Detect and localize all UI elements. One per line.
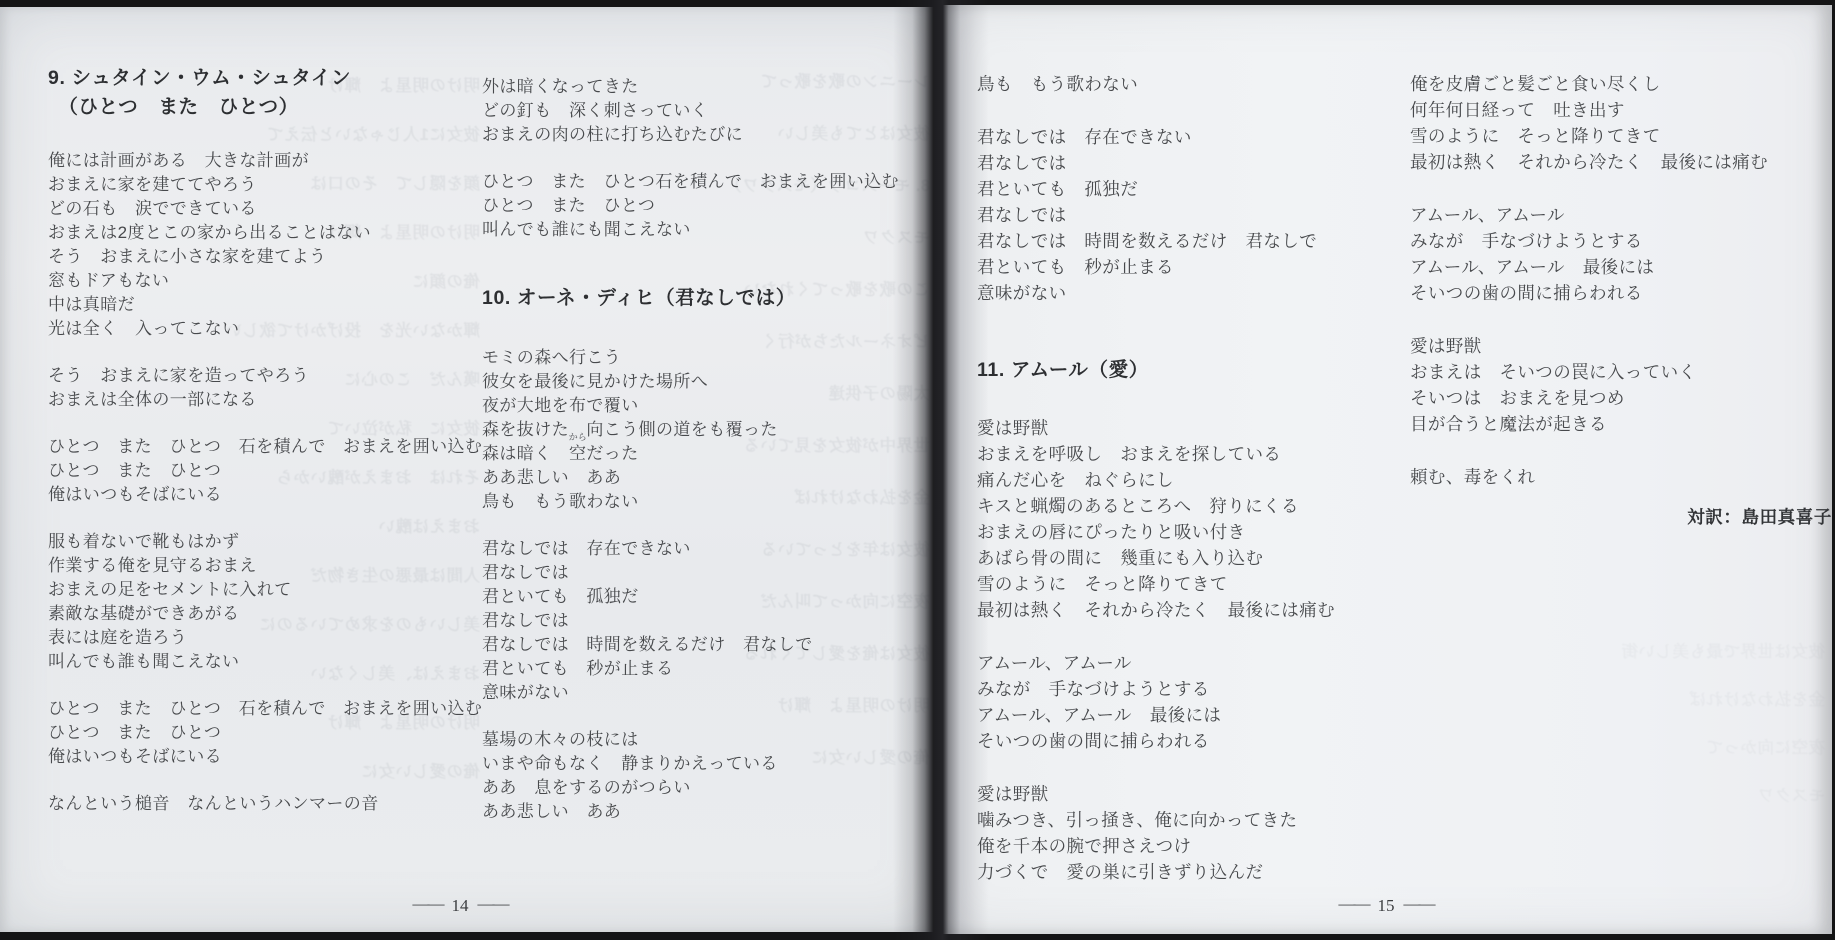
lyric-line: 素敵な基礎ができあがる xyxy=(48,602,498,626)
song-title: 9. シュタイン・ウム・シュタイン （ひとつ また ひとつ） xyxy=(48,64,498,122)
lyric-line: 君なしでは 存在できない xyxy=(482,537,937,561)
lyric-line: 君といても 孤独だ xyxy=(977,176,1409,202)
ruby-base: から空 xyxy=(569,442,586,466)
lyric-line: ああ 息をするのがつらい xyxy=(482,776,937,800)
bleedthrough-line: 彼女は世界で最も美しい街 xyxy=(1495,628,1825,676)
page-number-value: 14 xyxy=(452,896,469,915)
lyric-line: ひとつ また ひとつ 石を積んで おまえを囲い込む xyxy=(48,697,498,721)
lyric-line: ひとつ また ひとつ 石を積んで おまえを囲い込む xyxy=(48,435,498,459)
lyric-line: おまえの唇にぴったりと吸い付き xyxy=(977,519,1409,545)
song-title-line: 9. シュタイン・ウム・シュタイン xyxy=(48,64,498,93)
lyric-line: 鳥も もう歌わない xyxy=(977,71,1409,97)
lyric-line: 頼む、毒をくれ xyxy=(1410,464,1832,490)
lyric-line: 君といても 秒が止まる xyxy=(977,254,1409,280)
lyric-line: 君なしでは xyxy=(977,202,1409,228)
lyric-line: そいつの歯の間に捕らわれる xyxy=(1410,280,1832,306)
stanza: 俺には計画がある 大きな計画がおまえに家を建ててやろうどの石も 涙でできているお… xyxy=(48,149,498,341)
bleedthrough-line: 夜空に向かって xyxy=(1495,724,1825,772)
stanza: 外は暗くなってきたどの釘も 深く刺さっていくおまえの肉の柱に打ち込むたびに xyxy=(482,75,937,147)
lyric-line: おまえに家を建ててやろう xyxy=(48,173,498,197)
lyric-line: 目が合うと魔法が起きる xyxy=(1410,411,1832,437)
stanza: アムール、アムールみなが 手なづけようとするアムール、アムール 最後にはそいつの… xyxy=(977,650,1409,754)
page-number-dash: ―― xyxy=(1404,894,1434,913)
lyric-line: そいつは おまえを見つめ xyxy=(1410,385,1832,411)
lyric-line: 鳥も もう歌わない xyxy=(482,490,937,514)
lyric-line: 窓もドアもない xyxy=(48,269,498,293)
stanza: モミの森へ行こう彼女を最後に見かけた場所へ夜が大地を布で覆い森を抜けた 向こう側… xyxy=(482,346,937,514)
lyric-line: 君なしでは 時間を数えるだけ 君なしで xyxy=(977,228,1409,254)
lyric-line: キスと蝋燭のあるところへ 狩りにくる xyxy=(977,493,1409,519)
lyric-line: いまや命もなく 静まりかえっている xyxy=(482,752,937,776)
stanza: 墓場の木々の枝にはいまや命もなく 静まりかえっているああ 息をするのがつらいああ… xyxy=(482,728,937,824)
page-number-dash: ―― xyxy=(478,894,508,913)
lyric-line: 最初は熱く それから冷たく 最後には痛む xyxy=(977,597,1409,623)
stanza: 君なしでは 存在できない君なしでは君といても 孤独だ君なしでは君なしでは 時間を… xyxy=(482,537,937,705)
song-title-line: 11. アムール（愛） xyxy=(977,356,1409,385)
stanza: 頼む、毒をくれ xyxy=(1410,464,1832,490)
lyric-line: どの石も 涙でできている xyxy=(48,197,498,221)
lyric-line: そう おまえに家を造ってやろう xyxy=(48,364,498,388)
lyric-line: ひとつ また ひとつ石を積んで おまえを囲い込む xyxy=(482,170,937,194)
lyric-line: みなが 手なづけようとする xyxy=(1410,228,1832,254)
lyric-line: 力づくで 愛の巣に引きずり込んだ xyxy=(977,859,1409,885)
lyric-line: アムール、アムール 最後には xyxy=(1410,254,1832,280)
bleedthrough-line: モスクワ xyxy=(1495,772,1825,820)
lyric-line: 雪のように そっと降りてきて xyxy=(1410,123,1832,149)
page-number-left: ――14―― xyxy=(380,896,540,916)
lyric-line: 彼女を最後に見かけた場所へ xyxy=(482,370,937,394)
lyric-line: アムール、アムール xyxy=(1410,202,1832,228)
lyric-line: 俺はいつもそばにいる xyxy=(48,483,498,507)
lyric-line: 俺には計画がある 大きな計画が xyxy=(48,149,498,173)
lyric-line: 痛んだ心を ねぐらにし xyxy=(977,467,1409,493)
lyric-line: 君といても 秒が止まる xyxy=(482,657,937,681)
bleedthrough-line: 金を払わなければ xyxy=(1495,676,1825,724)
lyric-line: そいつの歯の間に捕らわれる xyxy=(977,728,1409,754)
lyric-line: 愛は野獣 xyxy=(977,415,1409,441)
lyric-line: そう おまえに小さな家を建てよう xyxy=(48,245,498,269)
lyric-line: 君といても 孤独だ xyxy=(482,585,937,609)
lyric-line: 意味がない xyxy=(482,681,937,705)
lyric-line: 叫んでも誰にも聞こえない xyxy=(482,218,937,242)
stanza: 俺を皮膚ごと髪ごと食い尽くし何年何日経って 吐き出す雪のように そっと降りてきて… xyxy=(1410,71,1832,175)
lyric-line: 光は全く 入ってこない xyxy=(48,317,498,341)
lyric-line: あばら骨の間に 幾重にも入り込む xyxy=(977,545,1409,571)
lyric-line: おまえを呼吸し おまえを探している xyxy=(977,441,1409,467)
ruby-text: から xyxy=(569,432,587,442)
right-page-column-2: 俺を皮膚ごと髪ごと食い尽くし何年何日経って 吐き出す雪のように そっと降りてきて… xyxy=(1410,71,1832,517)
lyric-line: ああ悲しい ああ xyxy=(482,466,937,490)
stanza: 愛は野獣おまえを呼吸し おまえを探している痛んだ心を ねぐらにしキスと蝋燭のある… xyxy=(977,415,1409,623)
lyric-line: おまえの足をセメントに入れて xyxy=(48,578,498,602)
lyric-line: 森は暗く から空だった xyxy=(482,442,937,466)
lyric-line: 最初は熱く それから冷たく 最後には痛む xyxy=(1410,149,1832,175)
lyric-line: 君なしでは xyxy=(977,150,1409,176)
lyric-line: 愛は野獣 xyxy=(1410,333,1832,359)
lyric-line: 何年何日経って 吐き出す xyxy=(1410,97,1832,123)
left-page-column-2: 外は暗くなってきたどの釘も 深く刺さっていくおまえの肉の柱に打ち込むたびにひとつ… xyxy=(482,75,937,847)
song-title: 11. アムール（愛） xyxy=(977,356,1409,385)
song-title-line: （ひとつ また ひとつ） xyxy=(48,93,498,122)
stanza: 鳥も もう歌わない xyxy=(977,71,1409,97)
stanza: ひとつ また ひとつ 石を積んで おまえを囲い込むひとつ また ひとつ俺はいつも… xyxy=(48,435,498,507)
lyric-line: 叫んでも誰も聞こえない xyxy=(48,650,498,674)
bleedthrough-text: 彼女は世界で最も美しい街金を払わなければ夜空に向かってモスクワ xyxy=(1495,628,1825,820)
lyric-line: ひとつ また ひとつ xyxy=(482,194,937,218)
lyric-line: 表には庭を造ろう xyxy=(48,626,498,650)
stanza: ひとつ また ひとつ石を積んで おまえを囲い込むひとつ また ひとつ叫んでも誰に… xyxy=(482,170,937,242)
lyric-line: 中は真暗だ xyxy=(48,293,498,317)
lyric-line: 愛は野獣 xyxy=(977,781,1409,807)
page-number-dash: ―― xyxy=(413,894,443,913)
lyric-line: 俺はいつもそばにいる xyxy=(48,745,498,769)
lyric-line: 夜が大地を布で覆い xyxy=(482,394,937,418)
lyric-line: おまえは そいつの罠に入っていく xyxy=(1410,359,1832,385)
lyric-line: なんという槌音 なんというハンマーの音 xyxy=(48,792,498,816)
lyric-line: 墓場の木々の枝には xyxy=(482,728,937,752)
lyric-line: おまえは2度とこの家から出ることはない xyxy=(48,221,498,245)
lyric-line: 意味がない xyxy=(977,280,1409,306)
stanza: なんという槌音 なんというハンマーの音 xyxy=(48,792,498,816)
lyric-line: みなが 手なづけようとする xyxy=(977,676,1409,702)
stanza: アムール、アムールみなが 手なづけようとするアムール、アムール 最後にはそいつの… xyxy=(1410,202,1832,306)
lyric-line: おまえの肉の柱に打ち込むたびに xyxy=(482,123,937,147)
stanza: 服も着ないで靴もはかず作業する俺を見守るおまえおまえの足をセメントに入れて素敵な… xyxy=(48,530,498,674)
lyric-line: アムール、アムール 最後には xyxy=(977,702,1409,728)
lyric-line: モミの森へ行こう xyxy=(482,346,937,370)
lyric-line: ひとつ また ひとつ xyxy=(48,721,498,745)
translator-credit: 対訳：島田真喜子 xyxy=(1410,504,1832,529)
page-number-right: ――15―― xyxy=(1306,896,1466,916)
lyric-line: おまえは全体の一部になる xyxy=(48,388,498,412)
page-number-value: 15 xyxy=(1378,896,1395,915)
lyric-line: 作業する俺を見守るおまえ xyxy=(48,554,498,578)
lyric-line: 俺を千本の腕で押さえつけ xyxy=(977,833,1409,859)
lyric-line: 服も着ないで靴もはかず xyxy=(48,530,498,554)
lyric-line: 噛みつき、引っ掻き、俺に向かってきた xyxy=(977,807,1409,833)
booklet-scan: 明けの明星よ 輝け彼女に1人じゃないと伝えて顔を隠して その口は明けの明星よ 輝… xyxy=(0,0,1835,940)
lyric-line: ひとつ また ひとつ xyxy=(48,459,498,483)
right-page-column-1: 鳥も もう歌わない君なしでは 存在できない君なしでは君といても 孤独だ君なしでは… xyxy=(977,71,1409,912)
stanza: 愛は野獣おまえは そいつの罠に入っていくそいつは おまえを見つめ目が合うと魔法が… xyxy=(1410,333,1832,437)
lyric-line: アムール、アムール xyxy=(977,650,1409,676)
lyric-line: 君なしでは xyxy=(482,561,937,585)
lyric-line: 雪のように そっと降りてきて xyxy=(977,571,1409,597)
lyric-line: どの釘も 深く刺さっていく xyxy=(482,99,937,123)
lyric-line: 君なしでは 時間を数えるだけ 君なしで xyxy=(482,633,937,657)
stanza: 愛は野獣噛みつき、引っ掻き、俺に向かってきた俺を千本の腕で押さえつけ力づくで 愛… xyxy=(977,781,1409,885)
stanza: ひとつ また ひとつ 石を積んで おまえを囲い込むひとつ また ひとつ俺はいつも… xyxy=(48,697,498,769)
stanza: そう おまえに家を造ってやろうおまえは全体の一部になる xyxy=(48,364,498,412)
lyric-line: 外は暗くなってきた xyxy=(482,75,937,99)
lyric-line: ああ悲しい ああ xyxy=(482,800,937,824)
page-number-dash: ―― xyxy=(1339,894,1369,913)
song-title: 10. オーネ・ディヒ（君なしでは） xyxy=(482,284,937,313)
lyric-line: 君なしでは xyxy=(482,609,937,633)
lyric-line: 森を抜けた 向こう側の道をも覆った xyxy=(482,418,937,442)
left-page-column-1: 9. シュタイン・ウム・シュタイン （ひとつ また ひとつ）俺には計画がある 大… xyxy=(48,64,498,839)
song-title-line: 10. オーネ・ディヒ（君なしでは） xyxy=(482,284,937,313)
stanza: 君なしでは 存在できない君なしでは君といても 孤独だ君なしでは君なしでは 時間を… xyxy=(977,124,1409,306)
lyric-line: 俺を皮膚ごと髪ごと食い尽くし xyxy=(1410,71,1832,97)
lyric-line: 君なしでは 存在できない xyxy=(977,124,1409,150)
